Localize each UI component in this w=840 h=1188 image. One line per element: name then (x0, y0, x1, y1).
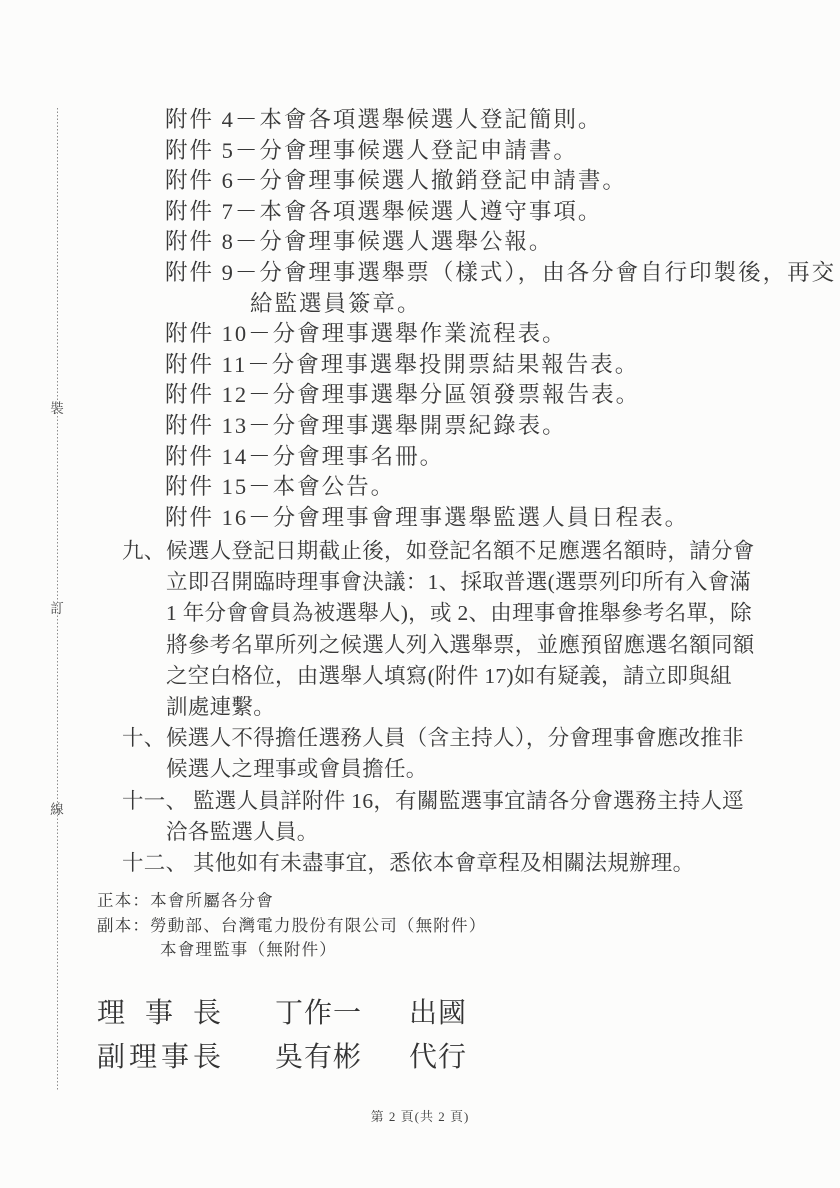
copy-recipient-line-2: 本會理監事（無附件） (97, 938, 486, 963)
signature-block: 理事長 丁作一 出國 副理事長 吳有彬 代行 (97, 992, 467, 1080)
attachment-line-15: 附件 15－本會公告。 (165, 472, 836, 503)
item-10-text: 候選人不得擔任選務人員（含主持人），分會理事會應改推非 (166, 726, 744, 750)
attachment-line-5: 附件 5－分會理事候選人登記申請書。 (165, 136, 836, 167)
item-9-text: 候選人登記日期截止後，如登記名額不足應選名額時，請分會 (166, 539, 755, 563)
binding-mark-xian: 線 (46, 798, 68, 818)
attachment-line-14: 附件 14－分會理事名冊。 (165, 442, 836, 473)
attachment-list: 附件 4－本會各項選舉候選人登記簡則。 附件 5－分會理事候選人登記申請書。 附… (165, 105, 836, 533)
item-9-line-5: 之空白格位，由選舉人填寫(附件 17)如有疑義，請立即與組 (122, 661, 755, 692)
chairman-status: 出國 (409, 992, 467, 1036)
page-number: 第 2 頁(共 2 頁) (0, 1106, 840, 1125)
vice-chairman-title: 副理事長 (97, 1036, 221, 1080)
item-11-line-2: 洽各監選人員。 (122, 817, 755, 848)
item-10-line-1: 十、候選人不得擔任選務人員（含主持人），分會理事會應改推非 (122, 723, 755, 754)
item-12-text: 其他如有未盡事宜，悉依本會章程及相關法規辦理。 (193, 851, 694, 875)
item-11-line-1: 十一、監選人員詳附件 16，有關監選事宜請各分會選務主持人逕 (122, 786, 755, 817)
vice-chairman-status: 代行 (409, 1036, 467, 1080)
binding-mark-ding: 訂 (46, 597, 68, 617)
item-9-line-6: 訓處連繫。 (122, 692, 755, 723)
attachment-line-9: 附件 9－分會理事選舉票（樣式），由各分會自行印製後，再交 (165, 258, 836, 289)
original-recipient-line: 正本：本會所屬各分會 (97, 889, 486, 914)
distribution-block: 正本：本會所屬各分會 副本：勞動部、台灣電力股份有限公司（無附件） 本會理監事（… (97, 889, 486, 963)
attachment-line-16: 附件 16－分會理事會理事選舉監選人員日程表。 (165, 503, 836, 534)
attachment-line-12: 附件 12－分會理事選舉分區領發票報告表。 (165, 380, 836, 411)
attachment-line-11: 附件 11－分會理事選舉投開票結果報告表。 (165, 350, 836, 381)
vice-chairman-signature-row: 副理事長 吳有彬 代行 (97, 1036, 467, 1080)
attachment-line-4: 附件 4－本會各項選舉候選人登記簡則。 (165, 105, 836, 136)
item-12-line-1: 十二、其他如有未盡事宜，悉依本會章程及相關法規辦理。 (122, 848, 755, 879)
item-11-number: 十一、 (122, 786, 193, 817)
attachment-line-6: 附件 6－分會理事候選人撤銷登記申請書。 (165, 166, 836, 197)
item-9-line-3: 1 年分會會員為被選舉人)，或 2、由理事會推舉參考名單，除 (122, 598, 755, 629)
item-12-number: 十二、 (122, 848, 193, 879)
item-10-number: 十、 (122, 723, 166, 754)
item-9-line-2: 立即召開臨時理事會決議：1、採取普選(選票列印所有入會滿 (122, 567, 755, 598)
chairman-title: 理事長 (97, 992, 221, 1036)
copy-recipient-line: 副本：勞動部、台灣電力股份有限公司（無附件） (97, 914, 486, 939)
binding-mark-zhuang: 裝 (46, 397, 68, 417)
item-9-line-1: 九、候選人登記日期截止後，如登記名額不足應選名額時，請分會 (122, 536, 755, 567)
numbered-items-section: 九、候選人登記日期截止後，如登記名額不足應選名額時，請分會 立即召開臨時理事會決… (122, 536, 755, 879)
attachment-line-7: 附件 7－本會各項選舉候選人遵守事項。 (165, 197, 836, 228)
vice-chairman-name: 吳有彬 (275, 1036, 362, 1080)
item-11-text: 監選人員詳附件 16，有關監選事宜請各分會選務主持人逕 (193, 789, 744, 813)
item-9-number: 九、 (122, 536, 166, 567)
item-10-line-2: 候選人之理事或會員擔任。 (122, 754, 755, 785)
attachment-line-13: 附件 13－分會理事選舉開票紀錄表。 (165, 411, 836, 442)
chairman-name: 丁作一 (275, 992, 362, 1036)
attachment-line-8: 附件 8－分會理事候選人選舉公報。 (165, 227, 836, 258)
attachment-line-9-continuation: 給監選員簽章。 (165, 289, 836, 320)
document-page: 裝 訂 線 附件 4－本會各項選舉候選人登記簡則。 附件 5－分會理事候選人登記… (0, 0, 840, 1188)
item-9-line-4: 將參考名單所列之候選人列入選舉票，並應預留應選名額同額 (122, 630, 755, 661)
chairman-signature-row: 理事長 丁作一 出國 (97, 992, 467, 1036)
attachment-line-10: 附件 10－分會理事選舉作業流程表。 (165, 319, 836, 350)
